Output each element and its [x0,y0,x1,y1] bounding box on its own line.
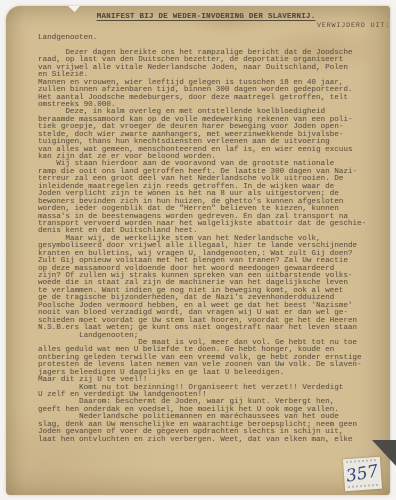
typewritten-layer: MANIFEST BIJ DE WEDER-INVOERING DER SLAV… [6,6,390,495]
removal-stamp: VERWIJDERD UIT: [317,22,390,30]
document-body-text: Landgenooten. Dezer dagen bereikte ons h… [38,35,366,444]
scan-frame: MANIFEST BIJ DE WEDER-INVOERING DER SLAV… [0,0,396,500]
archive-number-label: 357 [343,457,382,492]
document-title: MANIFEST BIJ DE WEDER-INVOERING DER SLAV… [14,13,396,21]
document-page: MANIFEST BIJ DE WEDER-INVOERING DER SLAV… [6,6,390,495]
archive-number: 357 [345,463,380,485]
